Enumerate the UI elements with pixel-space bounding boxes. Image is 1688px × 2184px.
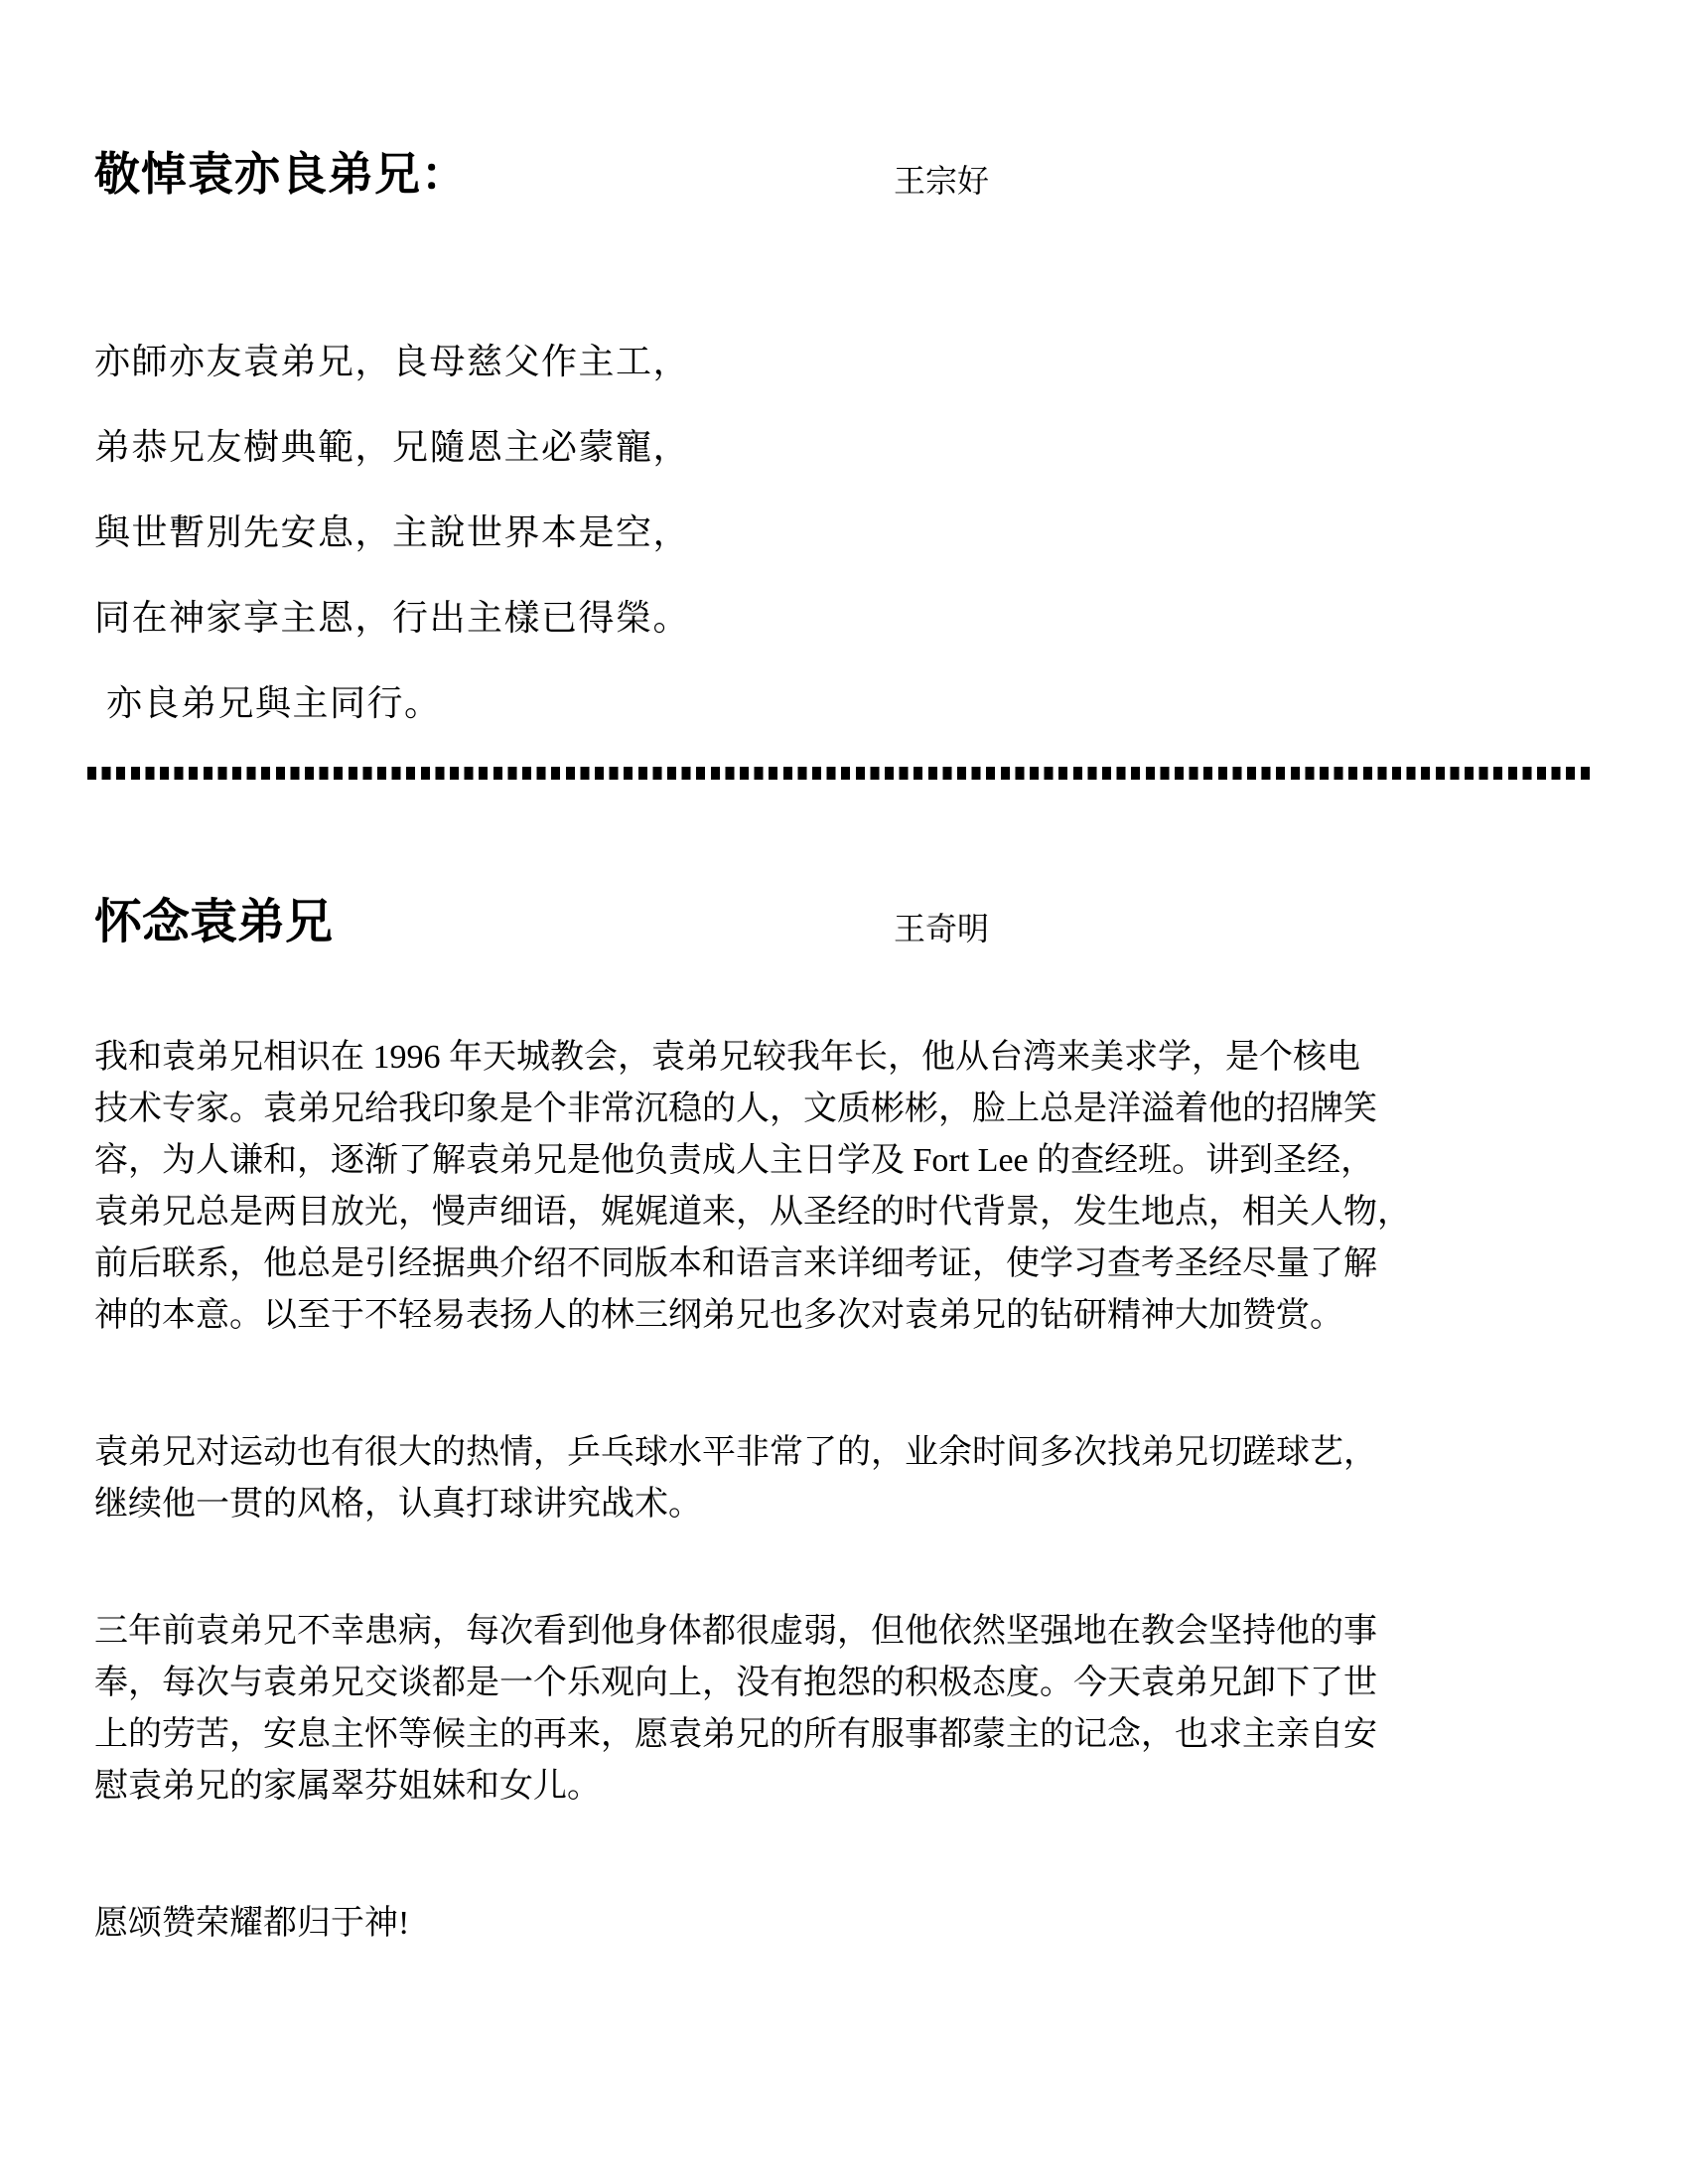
essay-text-line: 慰袁弟兄的家属翠芬姐妹和女儿。 <box>94 1761 1604 1813</box>
poem-line: 與世暫別先安息，主說世界本是空， <box>94 510 1604 554</box>
essay-paragraph-1: 我和袁弟兄相识在 1996 年天城教会，袁弟兄较我年长，他从台湾来美求学，是个核… <box>94 1032 1604 1342</box>
poem-line: 亦師亦友袁弟兄，良母慈父作主工， <box>94 340 1604 383</box>
essay-text-line: 我和袁弟兄相识在 1996 年天城教会，袁弟兄较我年长，他从台湾来美求学，是个核… <box>94 1032 1604 1084</box>
poem-line: 同在神家享主恩，行出主樣已得榮。 <box>94 596 1604 640</box>
essay-text-line: 容，为人谦和，逐渐了解袁弟兄是他负责成人主日学及 Fort Lee 的查经班。讲… <box>94 1135 1604 1187</box>
essay-paragraph-2: 袁弟兄对运动也有很大的热情，乒乓球水平非常了的，业余时间多次找弟兄切蹉球艺，继续… <box>94 1427 1604 1530</box>
poem-line: 弟恭兄友樹典範，兄隨恩主必蒙寵， <box>94 425 1604 469</box>
essay-section-header: 怀念袁弟兄 王奇明 <box>94 893 1604 952</box>
poem-section-header: 敬悼袁亦良弟兄： 王宗好 <box>94 147 1604 203</box>
essay-paragraph-3: 三年前袁弟兄不幸患病，每次看到他身体都很虚弱，但他依然坚强地在教会坚持他的事奉，… <box>94 1606 1604 1813</box>
memorial-document-page: 敬悼袁亦良弟兄： 王宗好 亦師亦友袁弟兄，良母慈父作主工，弟恭兄友樹典範，兄隨恩… <box>0 0 1688 2184</box>
essay-text-line: 前后联系，他总是引经据典介绍不同版本和语言来详细考证，使学习查考圣经尽量了解 <box>94 1238 1604 1290</box>
essay-text-line: 继续他一贯的风格，认真打球讲究战术。 <box>94 1479 1604 1530</box>
poem-author: 王宗好 <box>894 163 989 199</box>
essay-text-line: 三年前袁弟兄不幸患病，每次看到他身体都很虚弱，但他依然坚强地在教会坚持他的事 <box>94 1606 1604 1658</box>
poem-title: 敬悼袁亦良弟兄： <box>94 149 468 200</box>
essay-author: 王奇明 <box>894 911 989 946</box>
essay-text-line: 袁弟兄对运动也有很大的热情，乒乓球水平非常了的，业余时间多次找弟兄切蹉球艺， <box>94 1427 1604 1479</box>
essay-closing-line: 愿颂赞荣耀都归于神! <box>94 1898 1604 1950</box>
dotted-divider <box>87 767 1593 780</box>
poem-body: 亦師亦友袁弟兄，良母慈父作主工，弟恭兄友樹典範，兄隨恩主必蒙寵，與世暫別先安息，… <box>94 340 1604 725</box>
essay-title: 怀念袁弟兄 <box>94 896 333 948</box>
essay-text-line: 技术专家。袁弟兄给我印象是个非常沉稳的人，文质彬彬，脸上总是洋溢着他的招牌笑 <box>94 1084 1604 1135</box>
essay-text-line: 上的劳苦，安息主怀等候主的再来，愿袁弟兄的所有服事都蒙主的记念，也求主亲自安 <box>94 1709 1604 1761</box>
essay-text-line: 袁弟兄总是两目放光，慢声细语，娓娓道来，从圣经的时代背景，发生地点，相关人物， <box>94 1187 1604 1238</box>
poem-line: 亦良弟兄與主同行。 <box>94 681 1604 725</box>
essay-text-line: 奉，每次与袁弟兄交谈都是一个乐观向上，没有抱怨的积极态度。今天袁弟兄卸下了世 <box>94 1658 1604 1709</box>
essay-text-line: 神的本意。以至于不轻易表扬人的林三纲弟兄也多次对袁弟兄的钻研精神大加赞赏。 <box>94 1290 1604 1342</box>
